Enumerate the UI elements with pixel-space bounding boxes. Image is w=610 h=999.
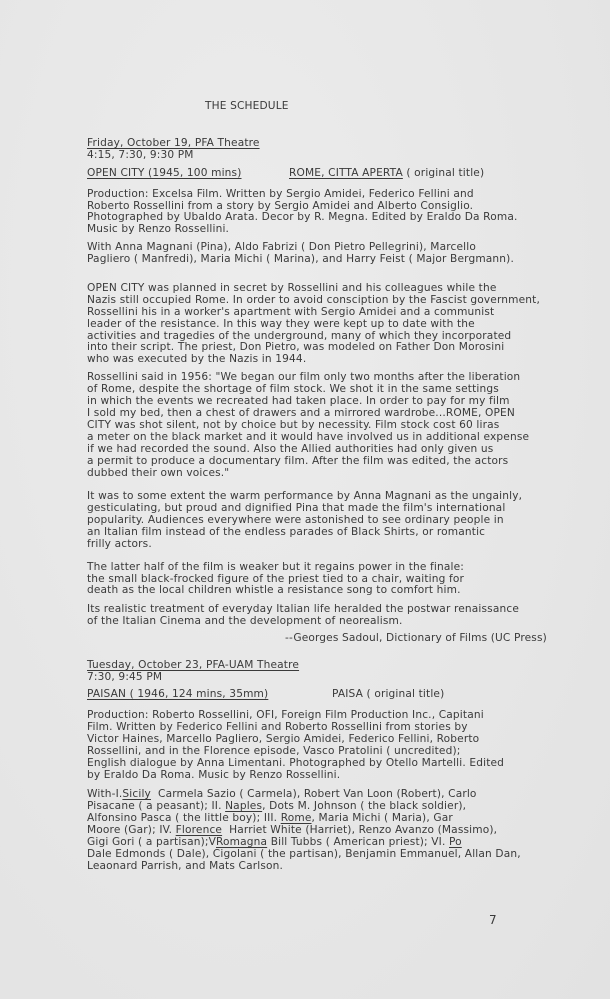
screening2-date-venue: Tuesday, October 23, PFA-UAM Theatre [87, 659, 299, 671]
screening1-production-line: Photographed by Ubaldo Arata. Decor by R… [87, 211, 517, 223]
screening2-production-line: by Eraldo Da Roma. Music by Renzo Rossel… [87, 769, 340, 781]
episode-po: Po [449, 836, 462, 848]
screening2-times: 7:30, 9:45 PM [87, 671, 162, 683]
cast-text: , Dots M. Johnson ( the black soldier), [262, 800, 466, 812]
screening1-times: 4:15, 7:30, 9:30 PM [87, 149, 194, 161]
screening1-para2-line: dubbed their own voices." [87, 467, 229, 479]
screening1-attribution: --Georges Sadoul, Dictionary of Films (U… [285, 632, 547, 644]
screening1-para3-line: popularity. Audiences everywhere were as… [87, 514, 504, 526]
screening1-production-line: Production: Excelsa Film. Written by Ser… [87, 188, 474, 200]
screening1-para2-line: if we had recorded the sound. Also the A… [87, 443, 493, 455]
screening1-para2-line: in which the events we recreated had tak… [87, 395, 510, 407]
cast-text: Carmela Sazio ( Carmela), Robert Van Loo… [151, 788, 477, 800]
screening1-para4-line: death as the local children whistle a re… [87, 584, 461, 596]
screening1-para1-line: into their script. The priest, Don Pietr… [87, 341, 504, 353]
screening1-film-title: OPEN CITY (1945, 100 mins) [87, 167, 242, 179]
screening2-original-title: PAISA ( original title) [332, 688, 444, 700]
screening2-production-line: Rossellini, and in the Florence episode,… [87, 745, 460, 757]
screening2-production-line: Film. Written by Federico Fellini and Ro… [87, 721, 468, 733]
screening1-para1-line: OPEN CITY was planned in secret by Rosse… [87, 282, 497, 294]
document-page: THE SCHEDULE Friday, October 19, PFA The… [0, 0, 610, 999]
screening1-para2-line: a meter on the black market and it would… [87, 431, 529, 443]
screening1-para2-line: a permit to produce a documentary film. … [87, 455, 508, 467]
episode-romagna: Romagna [216, 836, 267, 848]
screening2-cast-line: With-I.Sicily Carmela Sazio ( Carmela), … [87, 788, 477, 800]
screening2-cast-line: Alfonsino Pasca ( the little boy); III. … [87, 812, 453, 824]
episode-sicily: Sicily [122, 788, 151, 800]
screening1-para2-line: Rossellini said in 1956: "We began our f… [87, 371, 520, 383]
screening1-para4-line: The latter half of the film is weaker bu… [87, 561, 464, 573]
screening1-para1-line: leader of the resistance. In this way th… [87, 318, 475, 330]
screening1-para3-line: It was to some extent the warm performan… [87, 490, 522, 502]
screening2-cast-line: Pisacane ( a peasant); II. Naples, Dots … [87, 800, 466, 812]
screening1-cast-line: With Anna Magnani (Pina), Aldo Fabrizi (… [87, 241, 476, 253]
cast-text: With-I. [87, 788, 122, 800]
screening1-para5-line: of the Italian Cinema and the developmen… [87, 615, 403, 627]
screening1-para3-line: an Italian film instead of the endless p… [87, 526, 485, 538]
screening1-production-line: Music by Renzo Rossellini. [87, 223, 229, 235]
screening1-cast-line: Pagliero ( Manfredi), Maria Michi ( Mari… [87, 253, 514, 265]
cast-text: Moore (Gar); IV. [87, 824, 176, 836]
screening1-original-title: ROME, CITTA APERTA [289, 167, 403, 179]
page-title: THE SCHEDULE [205, 100, 289, 112]
screening1-para2-line: of Rome, despite the shortage of film st… [87, 383, 499, 395]
screening1-date-venue: Friday, October 19, PFA Theatre [87, 137, 260, 149]
cast-text: Bill Tubbs ( American priest); VI. [267, 836, 449, 848]
screening2-production-line: Victor Haines, Marcello Pagliero, Sergio… [87, 733, 479, 745]
screening2-production-line: English dialogue by Anna Limentani. Phot… [87, 757, 504, 769]
cast-text: , Maria Michi ( Maria), Gar [312, 812, 453, 824]
page-number: 7 [489, 913, 497, 927]
screening1-para2-line: I sold my bed, then a chest of drawers a… [87, 407, 515, 419]
screening2-title-row: PAISAN ( 1946, 124 mins, 35mm)PAISA ( or… [87, 688, 268, 700]
screening1-para1-line: Nazis still occupied Rome. In order to a… [87, 294, 540, 306]
screening1-title-row: OPEN CITY (1945, 100 mins)ROME, CITTA AP… [87, 167, 242, 179]
screening2-cast-line: Dale Edmonds ( Dale), Cigolani ( the par… [87, 848, 521, 860]
screening2-film-title: PAISAN ( 1946, 124 mins, 35mm) [87, 688, 268, 700]
episode-rome: Rome [281, 812, 312, 824]
episode-florence: Florence [176, 824, 222, 836]
cast-text: Alfonsino Pasca ( the little boy); III. [87, 812, 281, 824]
screening2-production-line: Production: Roberto Rossellini, OFI, For… [87, 709, 484, 721]
cast-text: Harriet White (Harriet), Renzo Avanzo (M… [222, 824, 497, 836]
screening1-original-title-suffix: ( original title) [403, 167, 484, 179]
screening1-para1-line: Rossellini his in a worker's apartment w… [87, 306, 494, 318]
cast-text: Pisacane ( a peasant); II. [87, 800, 225, 812]
screening2-cast-line: Gigi Gori ( a partisan);VRomagna Bill Tu… [87, 836, 462, 848]
episode-naples: Naples [225, 800, 262, 812]
screening1-para3-line: gesticulating, but proud and dignified P… [87, 502, 505, 514]
cast-text: Gigi Gori ( a partisan);V [87, 836, 216, 848]
screening2-cast-line: Leaonard Parrish, and Mats Carlson. [87, 860, 283, 872]
screening1-para2-line: CITY was shot silent, not by choice but … [87, 419, 499, 431]
screening1-para5-line: Its realistic treatment of everyday Ital… [87, 603, 519, 615]
screening2-cast-line: Moore (Gar); IV. Florence Harriet White … [87, 824, 497, 836]
screening1-para3-line: frilly actors. [87, 538, 152, 550]
screening1-para1-line: who was executed by the Nazis in 1944. [87, 353, 306, 365]
